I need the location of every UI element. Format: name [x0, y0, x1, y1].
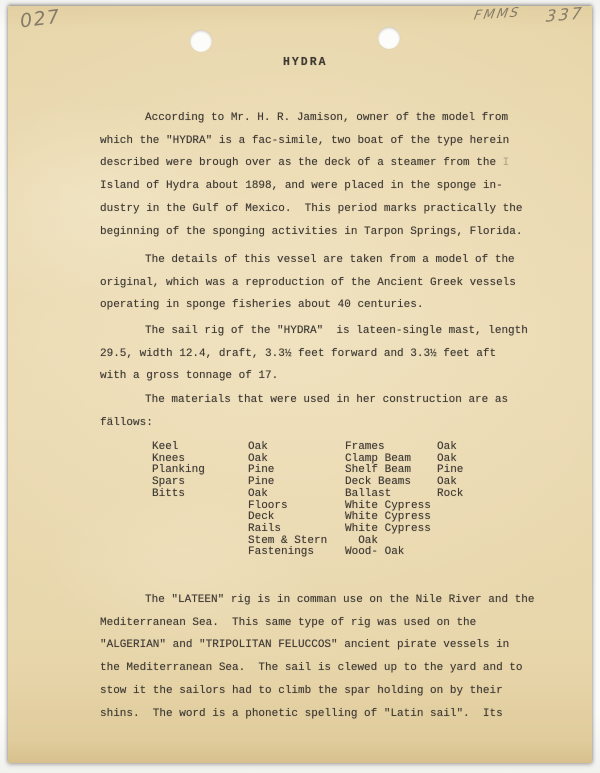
text-line: shins. The word is a phonetic spelling o… — [100, 703, 534, 726]
materials-cell: Oak — [248, 489, 345, 501]
materials-cell — [437, 512, 463, 524]
text-line: dustry in the Gulf of Mexico. This perio… — [100, 198, 522, 221]
text-line: Mediterranean Sea. This same type of rig… — [100, 612, 534, 635]
text-line: original, which was a reproduction of th… — [100, 272, 516, 295]
materials-cell: White Cypress — [345, 524, 437, 536]
handwritten-collection-code: FMMS — [473, 5, 522, 23]
paragraph-intro: According to Mr. H. R. Jamison, owner of… — [100, 107, 522, 243]
materials-cell: Fastenings — [248, 547, 345, 559]
materials-cell — [152, 501, 248, 513]
materials-cell: Rails — [248, 524, 345, 536]
text-line: The materials that were used in her cons… — [100, 389, 508, 412]
materials-row: FasteningsWood- Oak — [152, 547, 463, 559]
materials-row: PlankingPineShelf BeamPine — [152, 465, 463, 477]
materials-cell — [152, 536, 248, 548]
text-line: stow it the sailors had to climb the spa… — [100, 680, 534, 703]
materials-cell — [437, 536, 463, 548]
materials-cell: Rock — [437, 489, 463, 501]
materials-cell — [437, 524, 463, 536]
materials-cell: Ballast — [345, 489, 437, 501]
materials-cell — [437, 501, 463, 513]
paragraph-sail-rig: The sail rig of the "HYDRA" is lateen-si… — [100, 320, 528, 388]
scan-background: 027 FMMS 337 HYDRA According to Mr. H. R… — [0, 0, 600, 773]
text-line: According to Mr. H. R. Jamison, owner of… — [100, 107, 522, 130]
handwritten-catalog-number: 337 — [545, 3, 585, 26]
text-line: The "LATEEN" rig is in comman use on the… — [100, 589, 534, 612]
paragraph-materials-intro: The materials that were used in her cons… — [100, 389, 508, 434]
materials-cell: Oak — [248, 442, 345, 454]
text-line: 29.5, width 12.4, draft, 3.3½ feet forwa… — [100, 343, 528, 366]
punch-hole-left — [190, 30, 212, 52]
materials-cell: Bitts — [152, 489, 248, 501]
text-line: operating in sponge fisheries about 40 c… — [100, 294, 516, 317]
text-line: The details of this vessel are taken fro… — [100, 249, 516, 272]
materials-cell — [437, 547, 463, 559]
materials-cell: Keel — [152, 442, 248, 454]
materials-row: BittsOakBallastRock — [152, 489, 463, 501]
materials-cell: Wood- Oak — [345, 547, 437, 559]
materials-cell — [152, 547, 248, 559]
text-line: with a gross tonnage of 17. — [100, 365, 528, 388]
text-line: "ALGERIAN" and "TRIPOLITAN FELUCCOS" anc… — [100, 634, 534, 657]
paragraph-lateen: The "LATEEN" rig is in comman use on the… — [100, 589, 534, 725]
materials-cell — [152, 524, 248, 536]
text-line: described were brough over as the deck o… — [100, 152, 522, 175]
materials-row: KeelOakFramesOak — [152, 442, 463, 454]
text-line: beginning of the sponging activities in … — [100, 221, 522, 244]
materials-cell: Oak — [437, 442, 463, 454]
faint-text: I — [496, 157, 509, 169]
materials-row: SparsPineDeck BeamsOak — [152, 477, 463, 489]
materials-cell: Frames — [345, 442, 437, 454]
materials-cell — [152, 512, 248, 524]
handwritten-doc-number: 027 — [19, 6, 62, 33]
text-line: which the "HYDRA" is a fac-simile, two b… — [100, 130, 522, 153]
materials-table: KeelOakFramesOakKneesOakClamp BeamOakPla… — [152, 442, 463, 559]
text-line: fällows: — [100, 412, 508, 435]
text-line: the Mediterranean Sea. The sail is clewe… — [100, 657, 534, 680]
paragraph-details: The details of this vessel are taken fro… — [100, 249, 516, 317]
punch-hole-right — [378, 27, 400, 49]
materials-row: RailsWhite Cypress — [152, 524, 463, 536]
document-title: HYDRA — [283, 56, 328, 69]
text-line: The sail rig of the "HYDRA" is lateen-si… — [100, 320, 528, 343]
document-page: 027 FMMS 337 HYDRA According to Mr. H. R… — [8, 6, 592, 763]
text-line: Island of Hydra about 1898, and were pla… — [100, 175, 522, 198]
